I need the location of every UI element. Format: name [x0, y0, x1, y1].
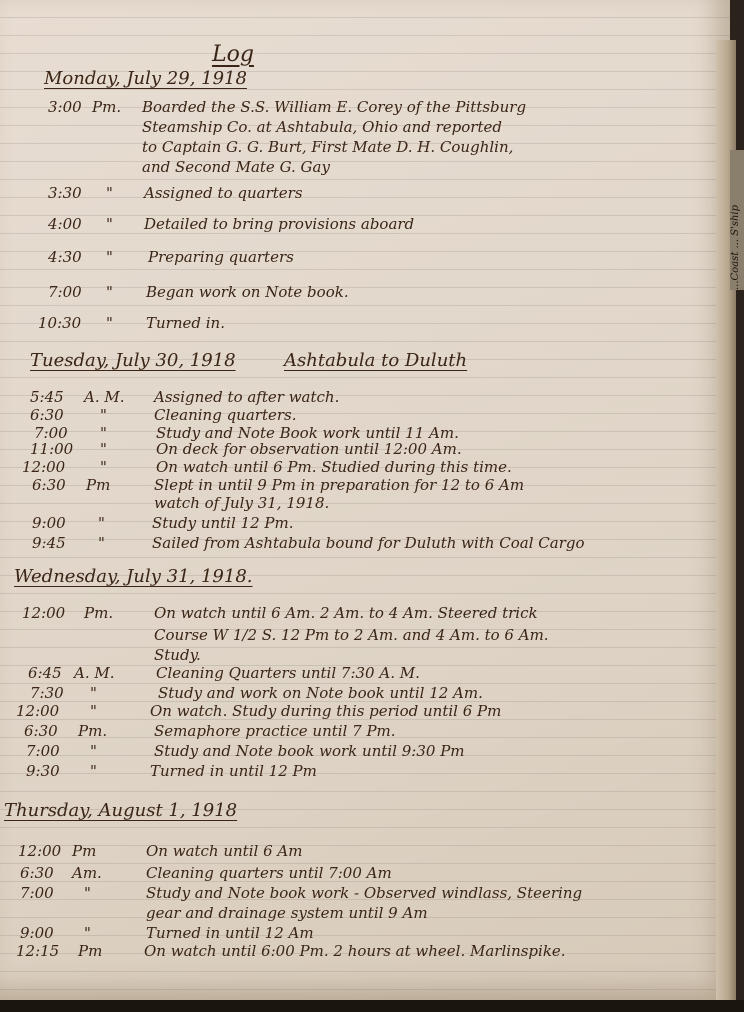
entry-text: Course W 1/2 S. 12 Pm to 2 Am. and 4 Am.… — [154, 626, 549, 644]
entry-text: Semaphore practice until 7 Pm. — [154, 722, 396, 740]
entry-text: Slept in until 9 Pm in preparation for 1… — [154, 476, 524, 494]
entry-text: Turned in until 12 Pm — [150, 762, 317, 780]
entry-text: On deck for observation until 12:00 Am. — [156, 440, 462, 458]
page-title: Log — [212, 42, 254, 67]
ditto-mark: " — [100, 458, 107, 476]
entry-ampm: A. M. — [74, 664, 115, 682]
day-heading-monday: Monday, July 29, 1918 — [44, 68, 247, 89]
entry-text: Study until 12 Pm. — [152, 514, 293, 532]
entry-text: watch of July 31, 1918. — [154, 494, 329, 512]
side-index-tab-label: ...Coast ... S'ship — [730, 150, 744, 290]
entry-text: Turned in until 12 Am — [146, 924, 314, 942]
entry-ampm: A. M. — [84, 388, 125, 406]
entry-time: 9:00 — [20, 924, 54, 942]
entry-text: Assigned to quarters — [144, 184, 303, 202]
entry-ampm: Pm. — [78, 722, 107, 740]
entry-time: 4:30 — [48, 248, 82, 266]
ditto-mark: " — [90, 684, 97, 702]
ditto-mark: " — [106, 248, 113, 266]
entry-text: Cleaning Quarters until 7:30 A. M. — [156, 664, 420, 682]
entry-ampm: Pm. — [84, 604, 113, 622]
entry-time: 6:30 — [30, 406, 64, 424]
entry-text: and Second Mate G. Gay — [142, 158, 330, 176]
entry-text: gear and drainage system until 9 Am — [146, 904, 428, 922]
entry-text: Turned in. — [146, 314, 225, 332]
entry-text: Preparing quarters — [148, 248, 294, 266]
entry-text: Study and Note book work until 9:30 Pm — [154, 742, 465, 760]
entry-time: 12:00 — [16, 702, 59, 720]
entry-text: Sailed from Ashtabula bound for Duluth w… — [152, 534, 585, 552]
ditto-mark: " — [98, 534, 105, 552]
entry-time: 9:45 — [32, 534, 66, 552]
entry-time: 11:00 — [30, 440, 73, 458]
entry-time: 7:00 — [48, 283, 82, 301]
entry-time: 7:00 — [26, 742, 60, 760]
entry-text: Study and work on Note book until 12 Am. — [158, 684, 483, 702]
entry-ampm: Am. — [72, 864, 102, 882]
entry-time: 6:45 — [28, 664, 62, 682]
entry-ampm: Pm — [78, 942, 102, 960]
entry-time: 12:00 — [18, 842, 61, 860]
entry-time: 9:00 — [32, 514, 66, 532]
entry-time: 5:45 — [30, 388, 64, 406]
ditto-mark: " — [100, 440, 107, 458]
entry-time: 3:30 — [48, 184, 82, 202]
ditto-mark: " — [106, 184, 113, 202]
entry-text: On watch until 6:00 Pm. 2 hours at wheel… — [144, 942, 566, 960]
entry-text: On watch until 6 Am. 2 Am. to 4 Am. Stee… — [154, 604, 538, 622]
day-heading-thursday: Thursday, August 1, 1918 — [4, 800, 237, 821]
ditto-mark: " — [90, 762, 97, 780]
day-heading-tuesday: Tuesday, July 30, 1918 — [30, 350, 236, 371]
day-heading-wednesday: Wednesday, July 31, 1918. — [14, 566, 253, 587]
ditto-mark: " — [90, 742, 97, 760]
ditto-mark: " — [90, 702, 97, 720]
entry-time: 7:30 — [30, 684, 64, 702]
ditto-mark: " — [84, 924, 91, 942]
entry-time: 10:30 — [38, 314, 81, 332]
entry-text: Steamship Co. at Ashtabula, Ohio and rep… — [142, 118, 502, 136]
entry-text: Detailed to bring provisions aboard — [144, 215, 414, 233]
entry-text: On watch. Study during this period until… — [150, 702, 501, 720]
entry-time: 9:30 — [26, 762, 60, 780]
entry-text: Study and Note book work - Observed wind… — [146, 884, 582, 902]
ditto-mark: " — [84, 884, 91, 902]
entry-time: 12:15 — [16, 942, 59, 960]
voyage-route: Ashtabula to Duluth — [284, 350, 467, 371]
entry-text: Boarded the S.S. William E. Corey of the… — [142, 98, 526, 116]
entry-time: 12:00 — [22, 604, 65, 622]
entry-text: to Captain G. G. Burt, First Mate D. H. … — [142, 138, 513, 156]
entry-ampm: Pm — [72, 842, 96, 860]
entry-time: 6:30 — [32, 476, 66, 494]
entry-text: Began work on Note book. — [146, 283, 349, 301]
book-bottom-shadow — [0, 1000, 744, 1012]
ditto-mark: " — [106, 215, 113, 233]
ditto-mark: " — [98, 514, 105, 532]
entry-time: 7:00 — [20, 884, 54, 902]
entry-ampm: Pm — [86, 476, 110, 494]
entry-ampm: Pm. — [92, 98, 121, 116]
entry-text: Assigned to after watch. — [154, 388, 339, 406]
ditto-mark: " — [106, 283, 113, 301]
entry-time: 12:00 — [22, 458, 65, 476]
entry-time: 6:30 — [24, 722, 58, 740]
entry-text: Study. — [154, 646, 201, 664]
entry-time: 3:00 — [48, 98, 82, 116]
entry-text: On watch until 6 Pm. Studied during this… — [156, 458, 512, 476]
entry-text: Cleaning quarters until 7:00 Am — [146, 864, 392, 882]
entry-text: Cleaning quarters. — [154, 406, 297, 424]
ditto-mark: " — [106, 314, 113, 332]
entry-time: 4:00 — [48, 215, 82, 233]
entry-text: On watch until 6 Am — [146, 842, 302, 860]
ditto-mark: " — [100, 406, 107, 424]
entry-time: 6:30 — [20, 864, 54, 882]
